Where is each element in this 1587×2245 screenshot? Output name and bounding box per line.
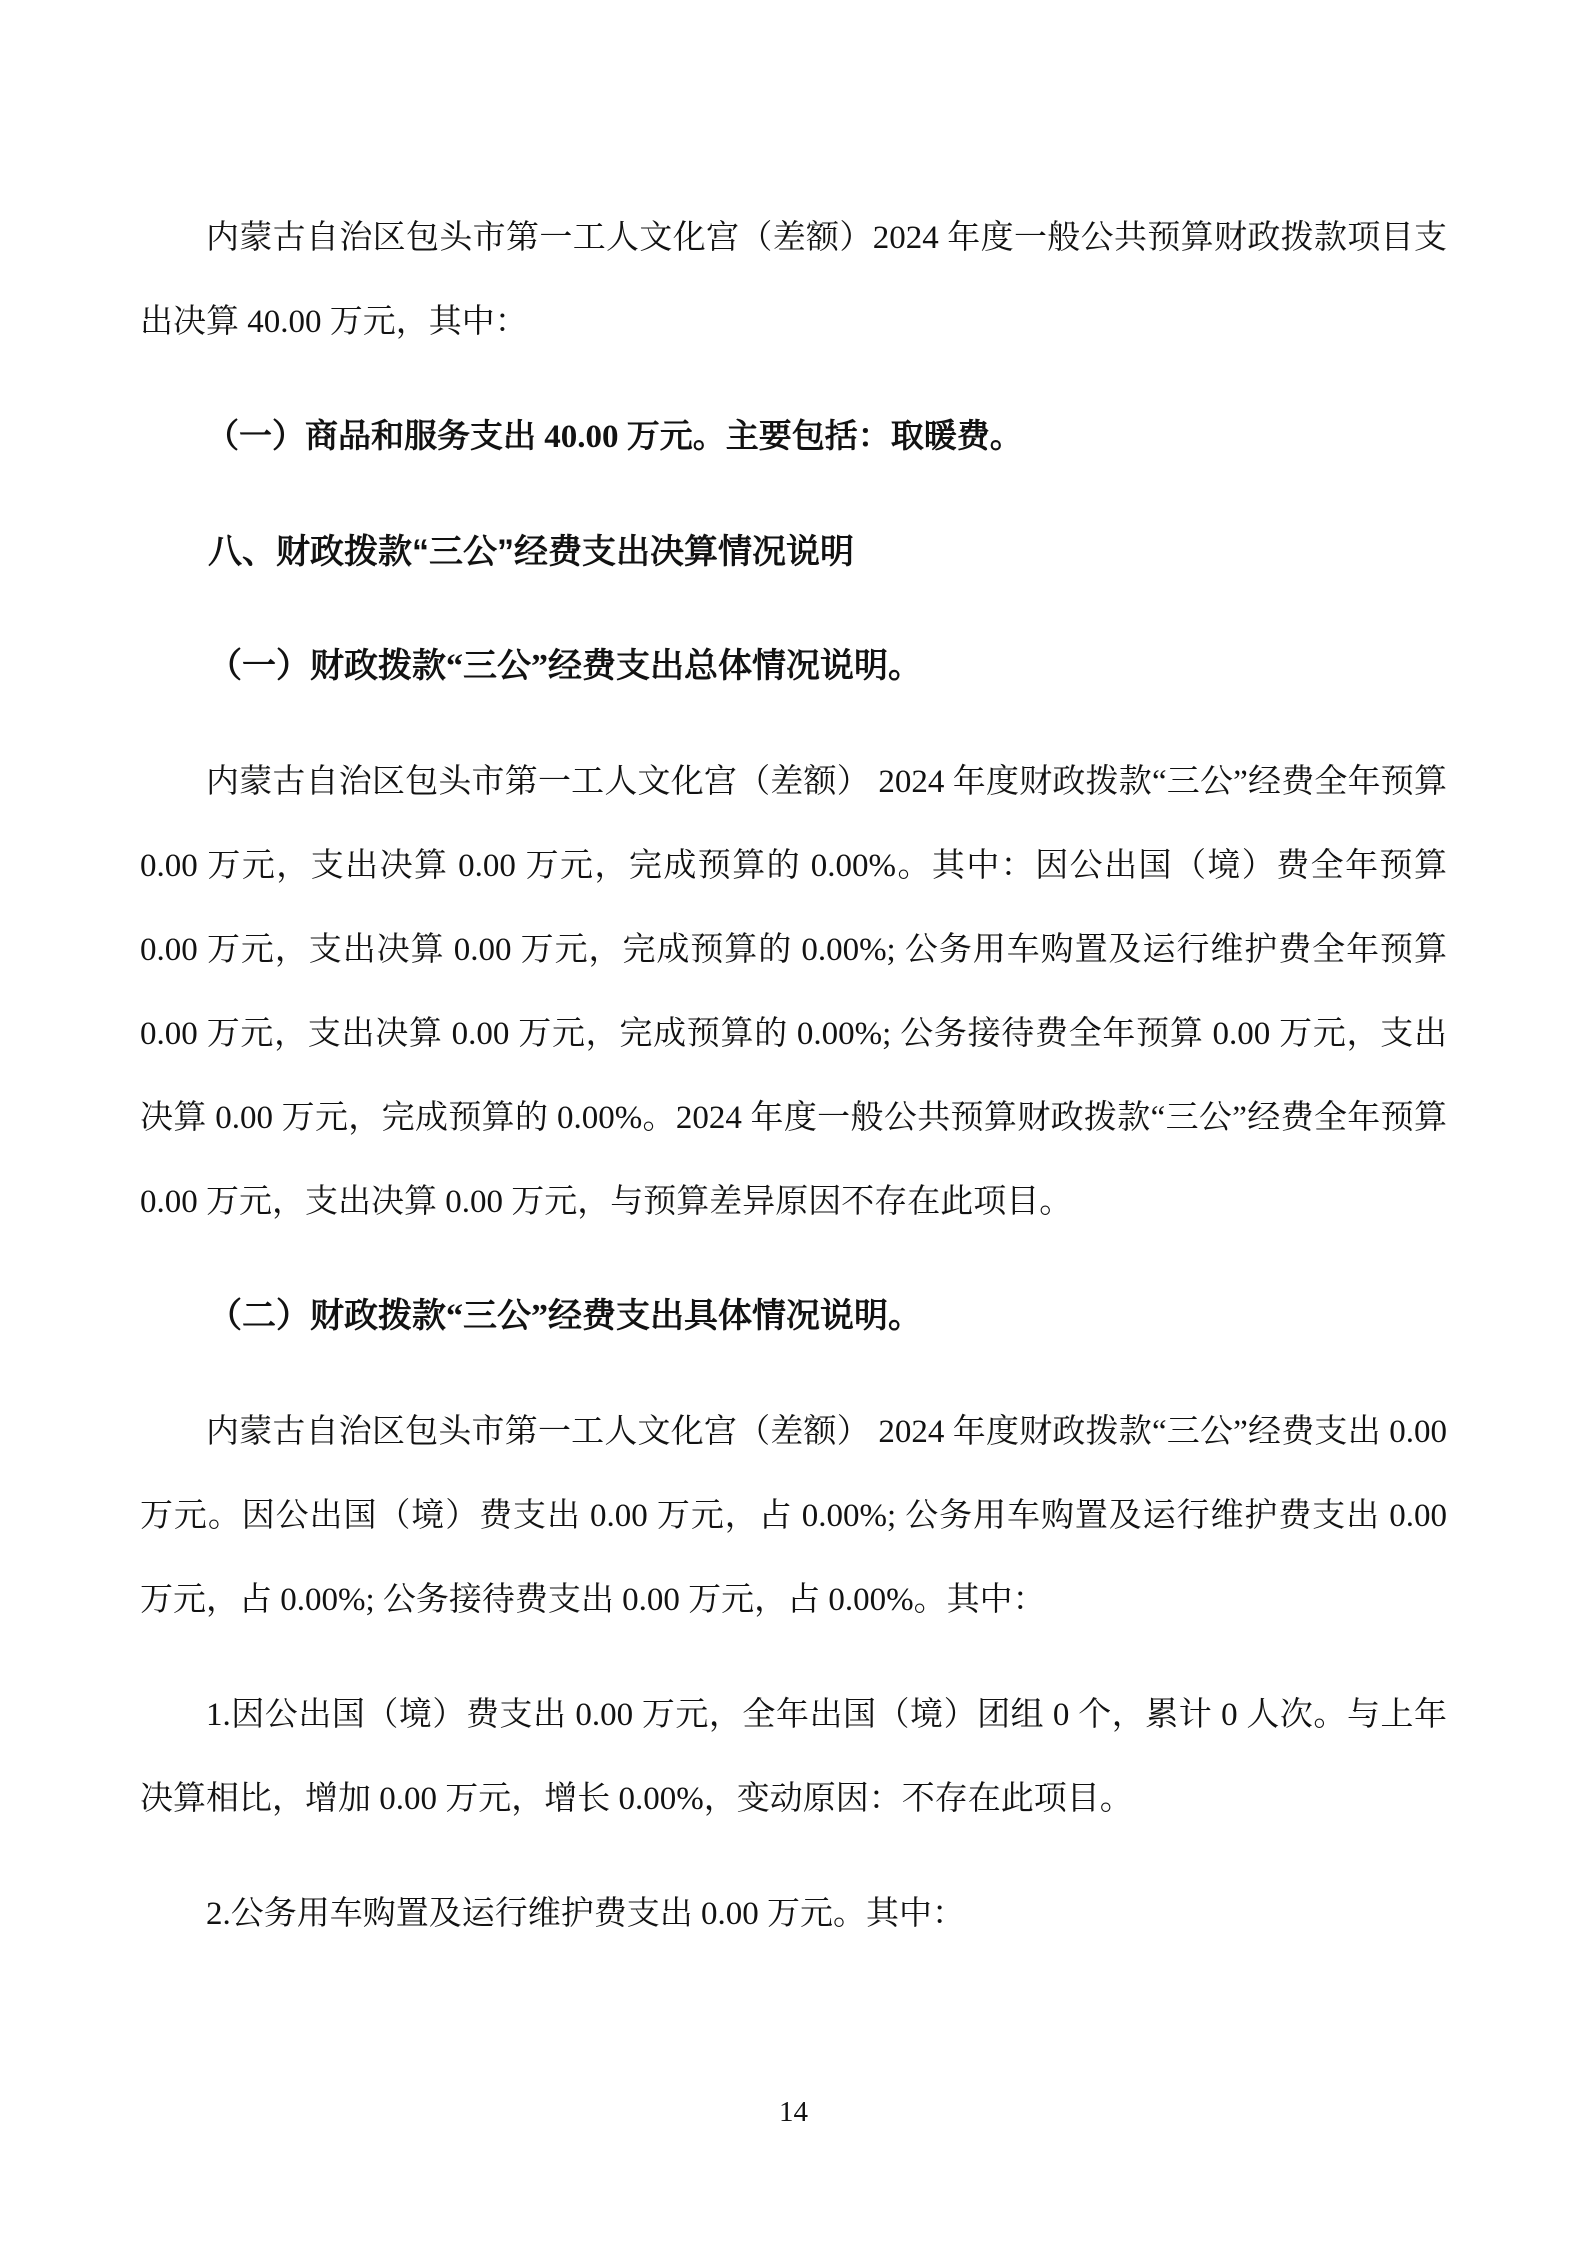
para-item-2-vehicle-expense: 2.公务用车购置及运行维护费支出 0.00 万元。其中： xyxy=(140,1872,1447,1956)
para-three-public-overall: 内蒙古自治区包头市第一工人文化宫（差额） 2024 年度财政拨款“三公”经费全年… xyxy=(140,740,1447,1244)
page-number: 14 xyxy=(0,2096,1587,2129)
para-project-expenditure-intro: 内蒙古自治区包头市第一工人文化宫（差额）2024 年度一般公共预算财政拨款项目支… xyxy=(140,196,1447,364)
page-content: 内蒙古自治区包头市第一工人文化宫（差额）2024 年度一般公共预算财政拨款项目支… xyxy=(140,196,1447,1987)
para-three-public-detail: 内蒙古自治区包头市第一工人文化宫（差额） 2024 年度财政拨款“三公”经费支出… xyxy=(140,1390,1447,1642)
heading-subsection-one: （一）财政拨款“三公”经费支出总体情况说明。 xyxy=(140,625,1447,709)
para-item-1-abroad-expense: 1.因公出国（境）费支出 0.00 万元，全年出国（境）团组 0 个，累计 0 … xyxy=(140,1673,1447,1841)
document-page: 内蒙古自治区包头市第一工人文化宫（差额）2024 年度一般公共预算财政拨款项目支… xyxy=(0,0,1587,2245)
heading-section-eight: 八、财政拨款“三公”经费支出决算情况说明 xyxy=(140,510,1447,594)
heading-subsection-two: （二）财政拨款“三公”经费支出具体情况说明。 xyxy=(140,1275,1447,1359)
para-goods-and-services: （一）商品和服务支出 40.00 万元。主要包括：取暖费。 xyxy=(140,395,1447,479)
